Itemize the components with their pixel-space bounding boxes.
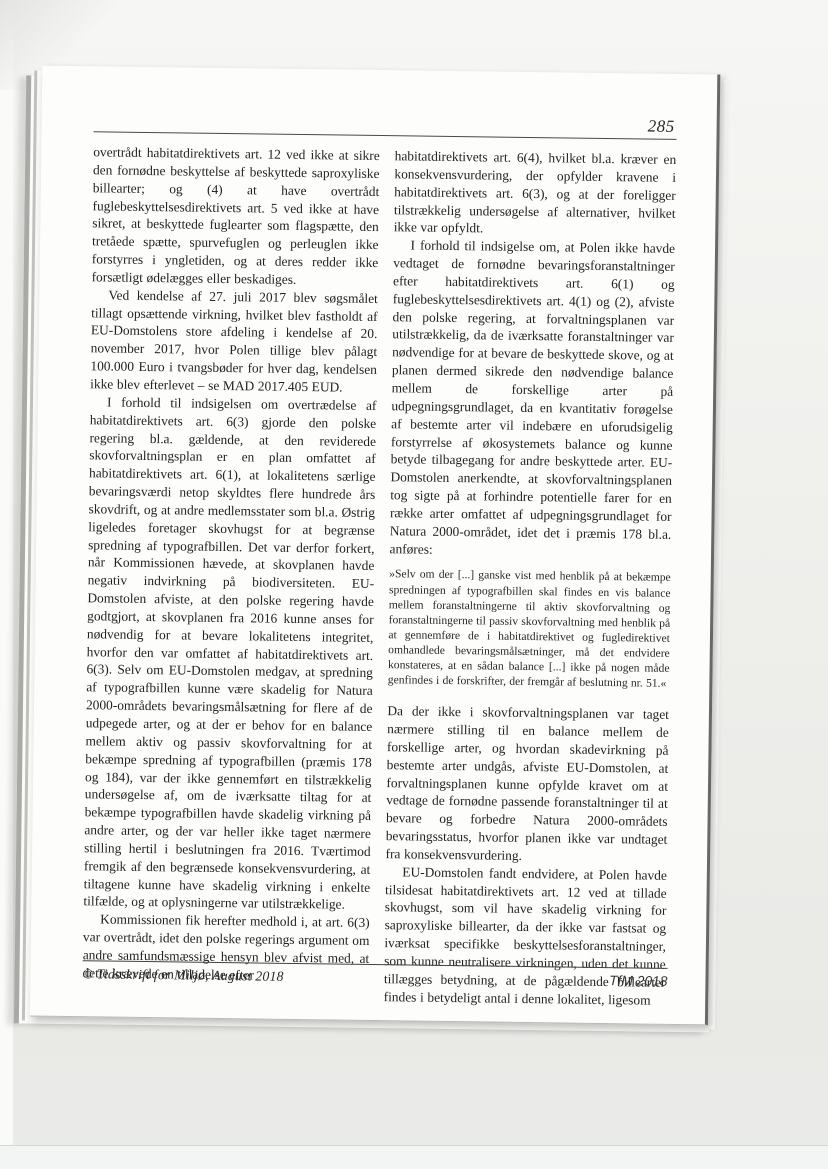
page-stack: 285 overtrådt habitatdirektivets art. 12…	[30, 66, 720, 1025]
scanner-bottom-band	[0, 1145, 828, 1169]
footer-copyright: © Tidsskrift for Miljø, August 2018	[82, 966, 283, 985]
quote-paragraph: »Selv om der [...] ganske vist med henbl…	[388, 567, 671, 691]
footer-journal-mark: TfM 2018	[609, 973, 667, 989]
paragraph: Ved kendelse af 27. juli 2017 blev søgsm…	[90, 286, 378, 397]
text-columns: overtrådt habitatdirektivets art. 12 ved…	[82, 143, 676, 1009]
paragraph: Da der ikke i skovforvaltningsplanen var…	[385, 702, 669, 866]
right-column: habitatdirektivets art. 6(4), hvilket bl…	[384, 147, 677, 1009]
page-content: 285 overtrådt habitatdirektivets art. 12…	[82, 110, 677, 1009]
left-column: overtrådt habitatdirektivets art. 12 ved…	[82, 143, 380, 1005]
journal-page: 285 overtrådt habitatdirektivets art. 12…	[30, 66, 720, 1026]
scanner-background-strip	[0, 0, 13, 1169]
paragraph: habitatdirektivets art. 6(4), hvilket bl…	[394, 147, 677, 240]
paragraph: I forhold til indsigelse om, at Polen ik…	[389, 236, 675, 561]
paragraph: I forhold til indsigelsen om overtrædels…	[83, 393, 376, 914]
paragraph: overtrådt habitatdirektivets art. 12 ved…	[92, 143, 380, 289]
